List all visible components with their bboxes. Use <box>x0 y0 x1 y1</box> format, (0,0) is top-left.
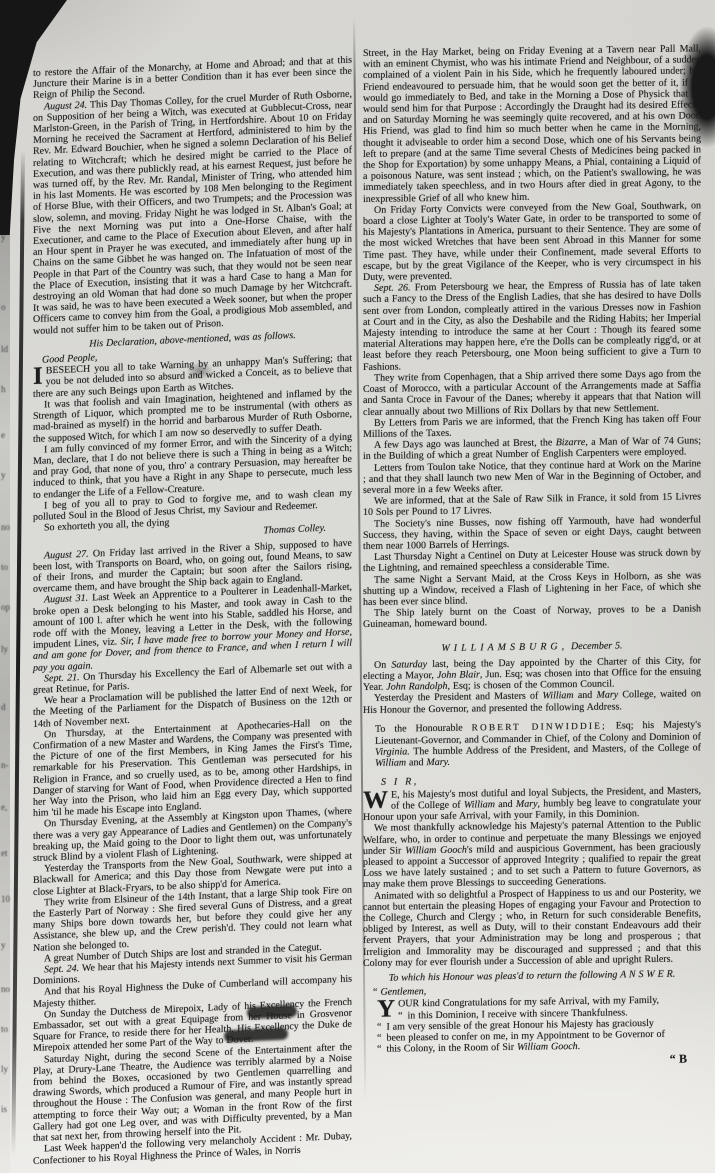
text-run: The Society's nine Busses, now fishing o… <box>363 514 701 552</box>
text-run: Thomas Colley. <box>263 523 326 537</box>
text-run: The Ship lately burnt on the Coast of No… <box>363 603 701 630</box>
news-paragraph: On Thursday, at the Entertainment at Apo… <box>33 716 352 819</box>
edge-text-fragment: op <box>1 602 10 612</box>
text-run: To the Honourable <box>375 722 472 734</box>
drop-cap: Y <box>377 999 398 1020</box>
binding-fold-line <box>11 150 24 1155</box>
text-run: Sept. 26. <box>374 283 410 295</box>
text-run: Mary <box>516 799 538 810</box>
news-paragraph-aug24: August 24. This Day Thomas Colley, for t… <box>33 88 352 337</box>
news-paragraph: On Friday Forty Convicts were conveyed f… <box>363 200 701 283</box>
quote-mark: “ <box>377 1033 381 1044</box>
text-run: On Friday Forty Convicts were conveyed f… <box>363 200 701 283</box>
text-run: Mary. <box>426 757 450 768</box>
text-run: William Gooch <box>405 844 467 856</box>
text-run: They write from Copenhagen, that a Ship … <box>363 368 701 417</box>
edge-text-fragment: e <box>1 430 5 440</box>
address-paragraph: Animated with so delightful a Prospect o… <box>363 886 701 969</box>
quoted-answer-block: YOUR kind Congratulations for my safe Ar… <box>377 995 701 1056</box>
answer-heading: To which his Honour was pleas'd to retur… <box>363 968 701 984</box>
news-paragraph-sept26: Sept. 26. From Petersbourg we hear, the … <box>363 279 701 373</box>
edge-text-fragment: d <box>1 702 6 712</box>
text-run: . <box>578 1041 581 1052</box>
text-run: William <box>375 758 406 769</box>
news-paragraph: The Ship lately burnt on the Coast of No… <box>363 603 701 630</box>
text-run: William <box>543 690 574 701</box>
news-paragraph-williamsburg: On Saturday last, being the Day appointe… <box>363 655 701 693</box>
edge-text-fragment: is <box>1 1104 7 1114</box>
text-run: December 5. <box>568 640 622 652</box>
news-paragraph: The Society's nine Busses, now fishing o… <box>363 514 701 552</box>
text-run: Bizarre <box>556 437 586 448</box>
edge-text-fragment: 10 <box>1 894 10 904</box>
news-paragraph: Saturday Night, during the second Scene … <box>33 1041 352 1144</box>
text-run: The same Night a Servant Maid, at the Cr… <box>363 570 701 608</box>
text-run: William Gooch <box>517 1041 578 1053</box>
text-run: S I R, <box>381 776 419 788</box>
text-run: Street, in the Hay Market, being on Frid… <box>363 43 701 204</box>
text-run: and <box>495 799 516 810</box>
text-run: and <box>574 690 597 701</box>
text-run: John Blair <box>437 669 480 681</box>
edge-text-fragment: ly <box>1 644 8 654</box>
text-run: “ Gentlemen, <box>372 986 426 998</box>
text-run: WILLIAMSBURG, <box>441 641 568 654</box>
text-run: From Petersbourg we hear, the Empress of… <box>363 279 701 373</box>
news-paragraph: They write from Copenhagen, that a Ship … <box>363 368 701 418</box>
text-run: A N S W E R. <box>620 969 675 981</box>
edge-text-fragment: no <box>1 984 10 994</box>
edge-text-fragment: o <box>1 302 6 312</box>
edge-text-fragment: no <box>1 522 10 532</box>
text-run: Saturday Night, during the second Scene … <box>33 1041 352 1144</box>
text-run: Virginia. <box>375 747 410 758</box>
edge-text-fragment: ld <box>1 344 8 354</box>
text-run: this Colony, in the Room of Sir <box>386 1042 517 1055</box>
text-run: On <box>374 659 391 670</box>
edge-text-fragment: y <box>1 940 6 950</box>
left-column: to restore the Affair of the Monarchy, a… <box>33 55 352 1167</box>
edge-text-fragment: to <box>1 1024 8 1034</box>
address-to-dinwiddie: To the Honourable ROBERT DINWIDDIE; Esq;… <box>363 719 701 770</box>
text-run: To which his Honour was pleas'd to retur… <box>389 969 620 983</box>
signature-mark-B: “ B <box>363 1054 701 1070</box>
text-run: This Day Thomas Colley, for the cruel Mu… <box>33 88 352 336</box>
text-run: “ B <box>670 1052 687 1066</box>
drop-cap: I <box>33 366 46 388</box>
address-paragraph: We most thankfully acknowledge his Majes… <box>363 819 701 891</box>
edge-text-fragment: e, <box>1 802 7 812</box>
address-paragraph: WE, his Majesty's most dutiful and loyal… <box>363 785 701 823</box>
quote-mark: “ <box>377 1044 381 1055</box>
edge-text-fragment: y <box>1 470 6 480</box>
edge-text-fragment: ly <box>1 1064 8 1074</box>
edge-text-fragment: h <box>1 384 6 394</box>
right-column: Street, in the Hay Market, being on Frid… <box>363 43 701 1069</box>
drop-cap: W <box>363 789 391 810</box>
news-paragraph-aug31: August 31. Last Week an Apprentice to a … <box>33 582 352 674</box>
news-paragraph: The same Night a Servant Maid, at the Cr… <box>363 570 701 608</box>
edge-text-fragment: et <box>1 848 8 858</box>
newspaper-page-scan: to restore the Affair of the Monarchy, a… <box>0 0 715 1173</box>
news-paragraph: Yesterday the President and Masters of W… <box>363 689 701 716</box>
text-run: and <box>406 758 426 769</box>
text-run: On Thursday, at the Entertainment at Apo… <box>33 716 352 819</box>
text-run: ROBERT DINWIDDIE; <box>472 721 607 733</box>
news-paragraph-continuation: Street, in the Hay Market, being on Frid… <box>363 43 701 205</box>
edge-text-fragment: to <box>1 562 8 572</box>
quote-mark: “ <box>377 1022 381 1033</box>
text-run: Mary <box>596 690 618 701</box>
text-run: Letters from Toulon take Notice, that th… <box>363 458 701 496</box>
quote-mark: “ <box>398 1010 402 1021</box>
text-run: William <box>464 799 495 810</box>
edge-text-fragment: y <box>1 232 6 242</box>
text-run: Saturday <box>391 659 427 670</box>
edge-text-fragment: n- <box>1 760 9 770</box>
dateline-williamsburg: WILLIAMSBURG, December 5. <box>363 639 701 655</box>
news-paragraph: Letters from Toulon take Notice, that th… <box>363 458 701 496</box>
text-run: Animated with so delightful a Prospect o… <box>363 886 701 969</box>
